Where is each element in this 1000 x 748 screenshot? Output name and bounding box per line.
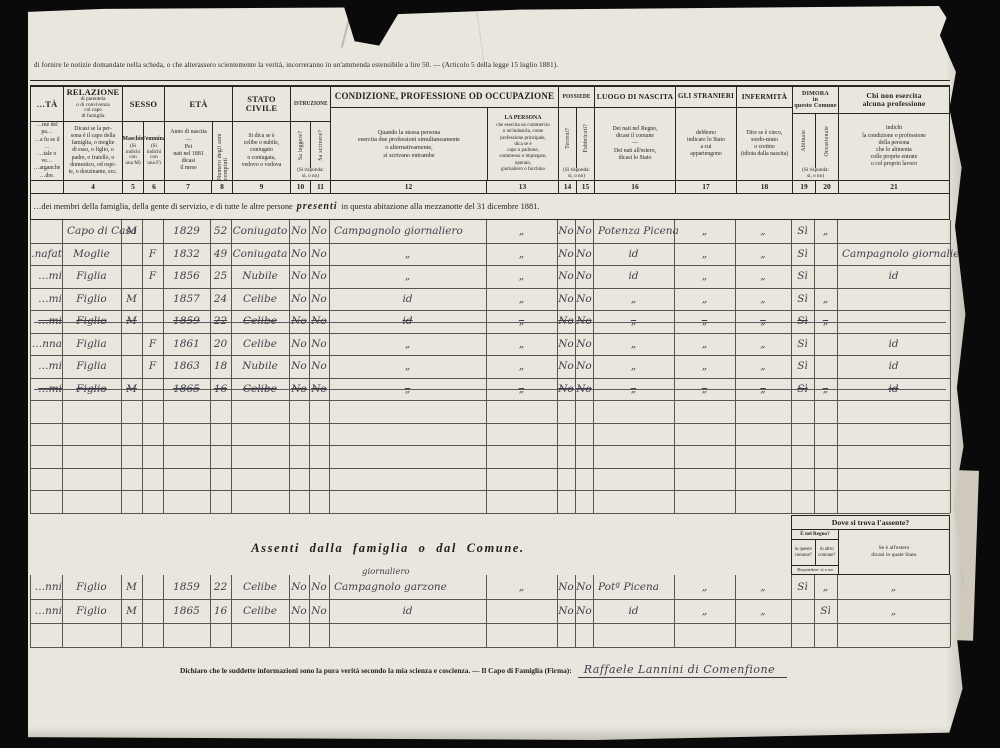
presenti-cell-stran: „ — [674, 333, 735, 356]
assenti-cell-fabb: No — [575, 599, 593, 623]
subcol-due-professioni: Quando la stessa persona esercita due pr… — [357, 128, 461, 161]
assenti-cell-terr: No — [557, 575, 575, 599]
col-number: 11 — [310, 181, 330, 193]
presenti-cell-nasc: Potenza Picena — [593, 220, 674, 243]
presenti-cell-f: F — [142, 265, 163, 288]
subcol-note: (Si indichi con una F) — [147, 144, 161, 167]
col-dimora: DIMORA in questo Comune Abituale Occasio… — [792, 87, 838, 193]
grid-vline — [575, 575, 576, 647]
col-title: GLI STRANIERI — [678, 93, 734, 100]
legal-notice: di fornire le notizie domandate nella sc… — [34, 61, 948, 69]
assenti-cell-terr: No — [557, 599, 575, 623]
presenti-cell-anni: 49 — [210, 243, 231, 266]
assenti-cell-b: „ — [814, 575, 837, 599]
presenti-cell-name: …mi — [30, 265, 62, 288]
grid-vline — [735, 220, 736, 513]
grid-vline — [814, 575, 815, 647]
assenti-cell-a: Sì — [791, 575, 814, 599]
assenti-cell-scr: No — [309, 575, 329, 599]
box-title: Dove si trova l'assente? — [792, 516, 949, 530]
presenti-cell-anni: 52 — [210, 220, 231, 243]
grid-vline — [289, 220, 290, 513]
presenti-cell-scr: No — [309, 220, 329, 243]
grid-vline — [329, 575, 330, 647]
col-sesso: SESSO Maschio(Si indichi con una M) Femm… — [122, 87, 164, 193]
col-number: 19 — [793, 181, 815, 193]
table-header: …TÀ …me del pa… …a fu se il … …tale o ve… — [30, 85, 950, 193]
presenti-cell-b: „ — [814, 220, 837, 243]
assenti-cell-stran: „ — [674, 599, 735, 623]
presenti-cell-a: Sì — [791, 355, 814, 378]
presenti-cell-terr: No — [557, 220, 575, 243]
col-number: 6 — [143, 181, 164, 193]
col-number: 18 — [737, 181, 792, 193]
presenti-cell-name: …mi — [30, 355, 62, 378]
assenti-section-title: Assenti dalla famiglia o dal Comune. — [178, 541, 598, 556]
presenti-cell-occ13: „ — [486, 288, 557, 311]
presenti-cell-a: Sì — [791, 288, 814, 311]
presenti-cell-anni: 24 — [210, 288, 231, 311]
presenti-cell-name: …nafat — [30, 243, 62, 266]
col-note: (Si risponda: sì, o no) — [291, 168, 330, 180]
presenti-row: …miFigliaF186318NubileNoNo„„NoNo„„„Sìid — [30, 355, 950, 379]
presenti-cell-anni: 20 — [210, 333, 231, 356]
presenti-cell-inf: „ — [735, 333, 791, 356]
grid-vline — [593, 575, 594, 647]
presenti-row: …nafatMoglieF183249ConiugataNoNo„„NoNoid… — [30, 243, 950, 267]
estero-label: Se è all'estero dicasi in quale Stato — [839, 530, 949, 574]
presenti-cell-m: M — [121, 220, 142, 243]
presenti-row: …miFiglioM186516CelibeNoNo„„NoNo„„„Sì„id — [30, 378, 950, 402]
subcol-anni-compiuti: Numero degli anni compiuti — [217, 122, 229, 180]
presenti-cell-inf: „ — [735, 288, 791, 311]
presenti-cell-occ: „ — [329, 355, 486, 378]
col-relazione: RELAZIONE di parentela o di convivenza c… — [63, 87, 122, 193]
col-number: 16 — [595, 181, 675, 193]
col-number: 9 — [233, 181, 290, 193]
presenti-cell-stato: Coniugata — [231, 243, 289, 266]
presenti-cell-fabb: No — [575, 265, 593, 288]
assenti-cell-occ: id — [329, 599, 486, 623]
col-number: 14 — [559, 181, 576, 193]
subcol-occasionale: Occasionale — [824, 126, 830, 157]
assenti-cell-rel: Figlio — [62, 599, 121, 623]
dove-si-trova-box: Dove si trova l'assente? È nel Regno? in… — [791, 515, 950, 575]
presenti-cell-leg: No — [289, 355, 309, 378]
presenti-cell-leg: No — [289, 333, 309, 356]
col-title: …TÀ — [37, 100, 58, 109]
subcol-la-persona-title: LA PERSONA — [504, 114, 543, 122]
grid-vline — [486, 575, 487, 647]
col-title: POSSIEDE — [562, 94, 590, 100]
presenti-cell-occ13: „ — [486, 265, 557, 288]
presenti-cell-occ13: „ — [486, 333, 557, 356]
presenti-cell-leg: No — [289, 288, 309, 311]
assenti-rows: …nniFiglioM185922CelibeNoNoCampagnolo ga… — [30, 575, 950, 647]
assenti-cell-inf: „ — [735, 599, 791, 623]
presenti-cell-leg: No — [289, 220, 309, 243]
caption-word-presenti: presenti — [297, 201, 338, 212]
scanned-census-sheet-1881: di fornire le notizie domandate nella sc… — [0, 0, 1000, 748]
presenti-cell-f: F — [142, 333, 163, 356]
assenti-cell-m: M — [121, 575, 142, 599]
presenti-cell-fabb: No — [575, 243, 593, 266]
presenti-cell-anno: 1829 — [163, 220, 210, 243]
grid-vline — [163, 575, 164, 647]
presenti-cell-rel: Figlio — [62, 288, 121, 311]
assenti-cell-nasc: Potª Picena — [593, 575, 674, 599]
grid-vline — [557, 575, 558, 647]
presenti-cell-f: F — [142, 355, 163, 378]
presenti-cell-scr: No — [309, 265, 329, 288]
assenti-cell-stato: Celibe — [231, 575, 289, 599]
col-title: ISTRUZIONE — [294, 101, 328, 107]
presenti-cell-fabb: No — [575, 220, 593, 243]
presenti-empty-row — [30, 468, 950, 492]
grid-vline — [30, 220, 31, 513]
presenti-cell-stato: Nubile — [231, 265, 289, 288]
assenti-cell-anno: 1859 — [163, 575, 210, 599]
presenti-row: Capo di CasaM182952ConiugatoNoNoCampagno… — [30, 220, 950, 244]
presenti-cell-fabb: No — [575, 288, 593, 311]
col-title: INFERMITÀ — [742, 93, 788, 101]
grid-vline — [309, 575, 310, 647]
grid-vline — [121, 575, 122, 647]
grid-vline — [62, 220, 63, 513]
presenti-cell-anno: 1863 — [163, 355, 210, 378]
col-desc: debbono indicare lo Stato a cui apparten… — [686, 129, 726, 160]
presenti-row: …miFiglioM185922CelibeNoNoid„NoNo„„„Sì„ — [30, 310, 950, 334]
col-condizione-professione: CONDIZIONE, PROFESSIONE OD OCCUPAZIONE Q… — [330, 87, 558, 193]
presenti-empty-row — [30, 400, 950, 424]
col-desc: …me del pa… …a fu se il … …tale o ve… …a… — [31, 122, 63, 180]
col-eta: ETÀ Anno di nascita — Pei nati nel 1881 … — [164, 87, 232, 193]
caption-post: in questa abitazione alla mezzanotte del… — [342, 202, 540, 211]
presenti-cell-nasc: „ — [593, 355, 674, 378]
assenti-cell-leg: No — [289, 575, 309, 599]
presenti-cell-nasc: id — [593, 243, 674, 266]
fold-crease — [476, 8, 485, 68]
presenti-cell-stran: „ — [674, 288, 735, 311]
grid-vline — [329, 220, 330, 513]
col-desc: indichi la condizione o professione dell… — [861, 124, 927, 169]
assenti-cell-m: M — [121, 599, 142, 623]
presenti-cell-scr: No — [309, 243, 329, 266]
presenti-cell-rel: Figlia — [62, 333, 121, 356]
head-of-family-signature: Raffaele Lannini di Comenfione — [578, 663, 787, 678]
presenti-cell-rel: Capo di Casa — [62, 220, 121, 243]
presenti-cell-c: id — [837, 265, 950, 288]
grid-vline — [735, 575, 736, 647]
presenti-row: …miFigliaF185625NubileNoNo„„NoNoid„„Sìid — [30, 265, 950, 289]
presenti-cell-inf: „ — [735, 243, 791, 266]
assenti-cell-scr: No — [309, 599, 329, 623]
assenti-cell-fabb: No — [575, 575, 593, 599]
presenti-cell-stato: Celibe — [231, 288, 289, 311]
presenti-empty-row — [30, 423, 950, 447]
presenti-cell-occ13: „ — [486, 243, 557, 266]
presenti-cell-anno: 1861 — [163, 333, 210, 356]
assenti-cell-stran: „ — [674, 575, 735, 599]
col-possiede: POSSIEDE Terreni? Fabbricati? (Si rispon… — [558, 87, 594, 193]
fold-crease — [341, 6, 353, 47]
assenti-cell-rel: Figlio — [62, 575, 121, 599]
assenti-empty-row — [30, 623, 950, 648]
assenti-cell-anni: 22 — [210, 575, 231, 599]
col-number: 21 — [839, 181, 949, 193]
presenti-cell-rel: Figlia — [62, 265, 121, 288]
col-title: LUOGO DI NASCITA — [597, 93, 673, 101]
grid-vline — [486, 220, 487, 513]
presenti-cell-terr: No — [557, 333, 575, 356]
grid-vline — [289, 575, 290, 647]
presenti-row: …nnaFigliaF186120CelibeNoNo„„NoNo„„„Sìid — [30, 333, 950, 357]
rispondere-note: Rispondere: sì o no — [792, 565, 838, 574]
col-title: DIMORA in questo Comune — [794, 91, 836, 110]
presenti-cell-inf: „ — [735, 265, 791, 288]
presenti-cell-anno: 1857 — [163, 288, 210, 311]
subcol-note: (Si indichi con una M) — [125, 144, 140, 167]
grid-vline — [231, 220, 232, 513]
presenti-cell-stran: „ — [674, 220, 735, 243]
presenti-cell-anno: 1832 — [163, 243, 210, 266]
assenti-cell-anno: 1865 — [163, 599, 210, 623]
grid-vline — [210, 575, 211, 647]
grid-vline — [121, 220, 122, 513]
col-stato-civile: STATO CIVILE Si dica se è celibe o nubil… — [232, 87, 290, 193]
col-number: 15 — [576, 181, 594, 193]
grid-vline — [142, 220, 143, 513]
col-title: Chi non esercita alcuna professione — [863, 92, 926, 108]
col-number: 7 — [165, 181, 211, 193]
col-luogo-di-nascita: LUOGO DI NASCITA Dei nati nel Regno, dic… — [594, 87, 675, 193]
presenti-cell-m: M — [121, 288, 142, 311]
presenti-cell-a: Sì — [791, 243, 814, 266]
col-infermita: INFERMITÀ Dire se è cieco, sordo-muto o … — [736, 87, 792, 193]
presenti-cell-nasc: id — [593, 265, 674, 288]
col-title: SESSO — [130, 100, 157, 109]
col-number: 4 — [64, 181, 122, 193]
presenti-cell-stran: „ — [674, 265, 735, 288]
presenti-cell-c: id — [837, 333, 950, 356]
col-chi-non-esercita: Chi non esercita alcuna professione indi… — [838, 87, 949, 193]
presenti-cell-nasc: „ — [593, 288, 674, 311]
grid-vline — [309, 220, 310, 513]
assenti-cell-nasc: id — [593, 599, 674, 623]
assenti-cell-c: „ — [837, 575, 950, 599]
col-number — [31, 181, 63, 193]
assenti-cell-name: …nni — [30, 599, 62, 623]
grid-vline — [210, 220, 211, 513]
presenti-cell-c: id — [837, 355, 950, 378]
grid-vline — [62, 575, 63, 647]
assenti-cell-stato: Celibe — [231, 599, 289, 623]
col-number: 5 — [123, 181, 143, 193]
presenti-cell-anni: 25 — [210, 265, 231, 288]
presenti-cell-a: Sì — [791, 333, 814, 356]
col-number: 8 — [211, 181, 232, 193]
grid-vline — [30, 575, 31, 647]
col-desc: Dei nati nel Regno, dicasi il comune — D… — [611, 125, 658, 163]
presenti-cell-stato: Celibe — [231, 333, 289, 356]
col-desc: Si dica se è celibe o nubile, coniugato … — [241, 132, 283, 170]
presenti-cell-scr: No — [309, 288, 329, 311]
presenti-cell-rel: Moglie — [62, 243, 121, 266]
presenti-cell-occ13: „ — [486, 355, 557, 378]
grid-vline — [142, 575, 143, 647]
col-stranieri: GLI STRANIERI debbono indicare lo Stato … — [675, 87, 736, 193]
rule-line — [30, 80, 950, 81]
presenti-cell-rel: Figlia — [62, 355, 121, 378]
subcol-fabbricati: Fabbricati? — [583, 124, 589, 152]
subcol-sa-scrivere: Sa scrivere? — [318, 130, 324, 161]
assenti-cell-inf: „ — [735, 575, 791, 599]
presenti-cell-terr: No — [557, 288, 575, 311]
col-note: (Si risponda: sì, o no) — [793, 168, 838, 180]
presenti-caption: …dei membri della famiglia, della gente … — [30, 193, 950, 220]
col-title: CONDIZIONE, PROFESSIONE OD OCCUPAZIONE — [335, 92, 554, 101]
presenti-empty-row — [30, 490, 950, 514]
col-number: 10 — [291, 181, 310, 193]
grid-vline — [575, 220, 576, 513]
subcol-la-persona-desc: che esercita un commercio o un'industria… — [495, 122, 550, 174]
assenti-cell-leg: No — [289, 599, 309, 623]
presenti-cell-scr: No — [309, 355, 329, 378]
presenti-row: …miFiglioM185724CelibeNoNoid„NoNo„„„Sì„ — [30, 288, 950, 312]
presenti-cell-occ13: „ — [486, 220, 557, 243]
scan-shadow — [28, 726, 972, 740]
declaration-line: Dichiaro che le suddette informazioni so… — [180, 663, 950, 678]
col-number: 13 — [486, 181, 558, 193]
col-desc: Dire se è cieco, sordo-muto o cretino (i… — [740, 129, 789, 160]
grid-vline — [231, 575, 232, 647]
grid-vline — [674, 575, 675, 647]
grid-vline — [837, 575, 838, 647]
grid-vline — [837, 220, 838, 513]
assenti-row: …nniFiglioM186516CelibeNoNoidNoNoid„„Sì„ — [30, 599, 950, 624]
grid-vline — [814, 220, 815, 513]
assenti-cell-c: „ — [837, 599, 950, 623]
col-istruzione: ISTRUZIONE Sa leggere? Sa scrivere? (Si … — [290, 87, 330, 193]
presenti-cell-occ: id — [329, 288, 486, 311]
presenti-cell-anni: 18 — [210, 355, 231, 378]
col-desc: Dicasi se la per- sona è il capo della f… — [68, 125, 119, 178]
presenti-cell-stran: „ — [674, 243, 735, 266]
presenti-cell-c: Campagnolo giornaliero — [837, 243, 950, 266]
presenti-cell-b: „ — [814, 288, 837, 311]
presenti-cell-occ: Campagnolo giornaliero — [329, 220, 486, 243]
presenti-cell-a: Sì — [791, 265, 814, 288]
grid-vline — [593, 220, 594, 513]
presenti-cell-terr: No — [557, 355, 575, 378]
presenti-cell-name: …nna — [30, 333, 62, 356]
presenti-cell-leg: No — [289, 243, 309, 266]
grid-vline — [557, 220, 558, 513]
declaration-text: Dichiaro che le suddette informazioni so… — [180, 666, 572, 675]
q-altro-comune: in altro comune? — [815, 540, 839, 565]
grid-vline — [791, 575, 792, 647]
census-paper: di fornire le notizie domandate nella sc… — [28, 6, 972, 740]
subcol-terreni: Terreni? — [565, 128, 571, 149]
assenti-cell-occ: Campagnolo garzone — [329, 575, 486, 599]
row-strike-line — [34, 322, 946, 323]
presenti-cell-inf: „ — [735, 355, 791, 378]
col-note: (Si risponda: sì, o no) — [559, 168, 594, 180]
presenti-cell-anno: 1856 — [163, 265, 210, 288]
q-questo-comune: in questo comune? — [792, 540, 815, 565]
presenti-cell-fabb: No — [575, 355, 593, 378]
col-number: 17 — [676, 181, 736, 193]
col-number: 12 — [331, 181, 486, 193]
presenti-cell-f: F — [142, 243, 163, 266]
presenti-cell-terr: No — [557, 243, 575, 266]
row-strike-line — [34, 389, 946, 390]
subcol-sa-leggere: Sa leggere? — [298, 131, 304, 160]
presenti-cell-stato: Coniugato — [231, 220, 289, 243]
caption-pre: …dei membri della famiglia, della gente … — [33, 202, 293, 211]
col-title: STATO CIVILE — [233, 95, 290, 113]
col-number: 20 — [815, 181, 838, 193]
assenti-cell-occ13: „ — [486, 575, 557, 599]
grid-vline — [674, 220, 675, 513]
col-subtitle: di parentela o di convivenza col capo di… — [76, 97, 110, 120]
presenti-cell-nasc: „ — [593, 333, 674, 356]
presenti-empty-row — [30, 445, 950, 469]
presenti-rows: Capo di CasaM182952ConiugatoNoNoCampagno… — [30, 220, 950, 513]
presenti-cell-fabb: No — [575, 333, 593, 356]
col-title: ETÀ — [189, 100, 207, 109]
presenti-cell-occ: „ — [329, 265, 486, 288]
presenti-cell-leg: No — [289, 265, 309, 288]
assenti-cell-b: Sì — [814, 599, 837, 623]
subcol-abituale: Abituale — [801, 130, 807, 152]
presenti-cell-occ: „ — [329, 333, 486, 356]
regno-label: È nel Regno? — [792, 530, 838, 540]
assenti-cell-name: …nni — [30, 575, 62, 599]
grid-vline — [163, 220, 164, 513]
grid-vline — [791, 220, 792, 513]
presenti-cell-stran: „ — [674, 355, 735, 378]
subcol-anno-di-nascita: Anno di nascita — Pei nati nel 1881 dica… — [169, 128, 207, 173]
presenti-cell-name: …mi — [30, 288, 62, 311]
presenti-cell-inf: „ — [735, 220, 791, 243]
presenti-cell-a: Sì — [791, 220, 814, 243]
presenti-cell-scr: No — [309, 333, 329, 356]
assenti-cell-anni: 16 — [210, 599, 231, 623]
assenti-row: …nniFiglioM185922CelibeNoNoCampagnolo ga… — [30, 575, 950, 600]
presenti-cell-stato: Nubile — [231, 355, 289, 378]
presenti-cell-terr: No — [557, 265, 575, 288]
presenti-cell-occ: „ — [329, 243, 486, 266]
col-paternita-fragment: …TÀ …me del pa… …a fu se il … …tale o ve… — [31, 87, 63, 193]
